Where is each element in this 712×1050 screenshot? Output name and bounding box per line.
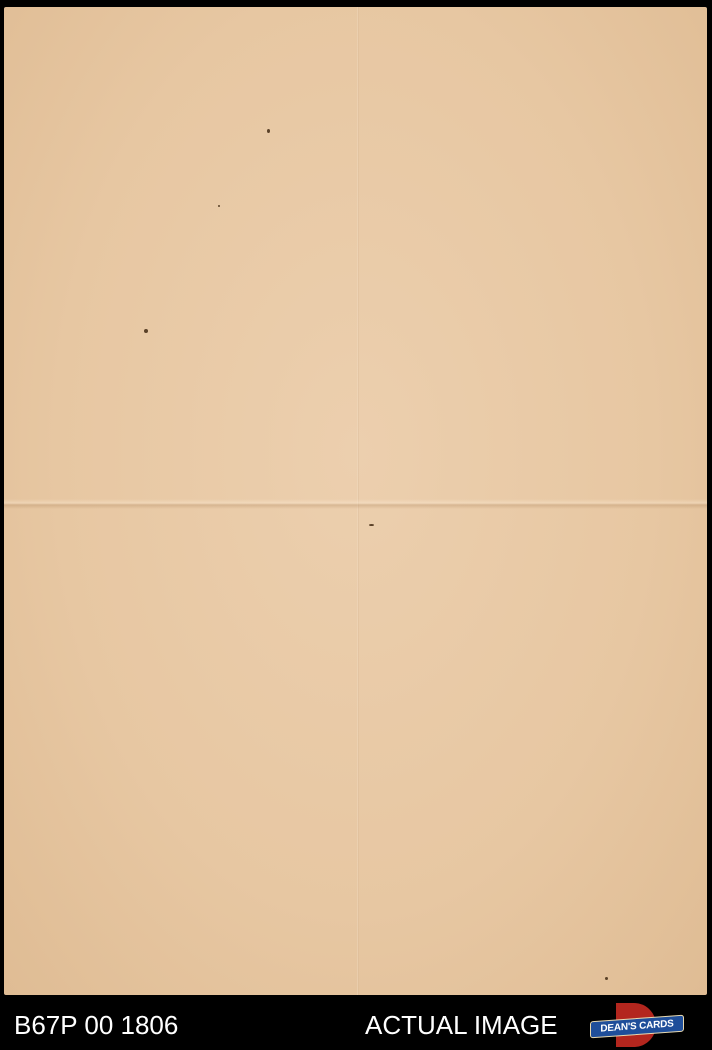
paper-sheet <box>4 7 707 995</box>
paper-speck <box>267 129 270 133</box>
horizontal-fold-line <box>4 499 707 509</box>
deans-cards-logo: DEAN'S CARDS <box>588 1003 684 1047</box>
paper-speck <box>144 329 148 333</box>
actual-image-label: ACTUAL IMAGE <box>365 1010 558 1041</box>
item-code: B67P 00 1806 <box>14 1010 178 1041</box>
paper-speck <box>369 524 374 526</box>
logo-banner: DEAN'S CARDS <box>590 1015 684 1039</box>
paper-speck <box>605 977 608 980</box>
paper-speck <box>218 205 220 207</box>
